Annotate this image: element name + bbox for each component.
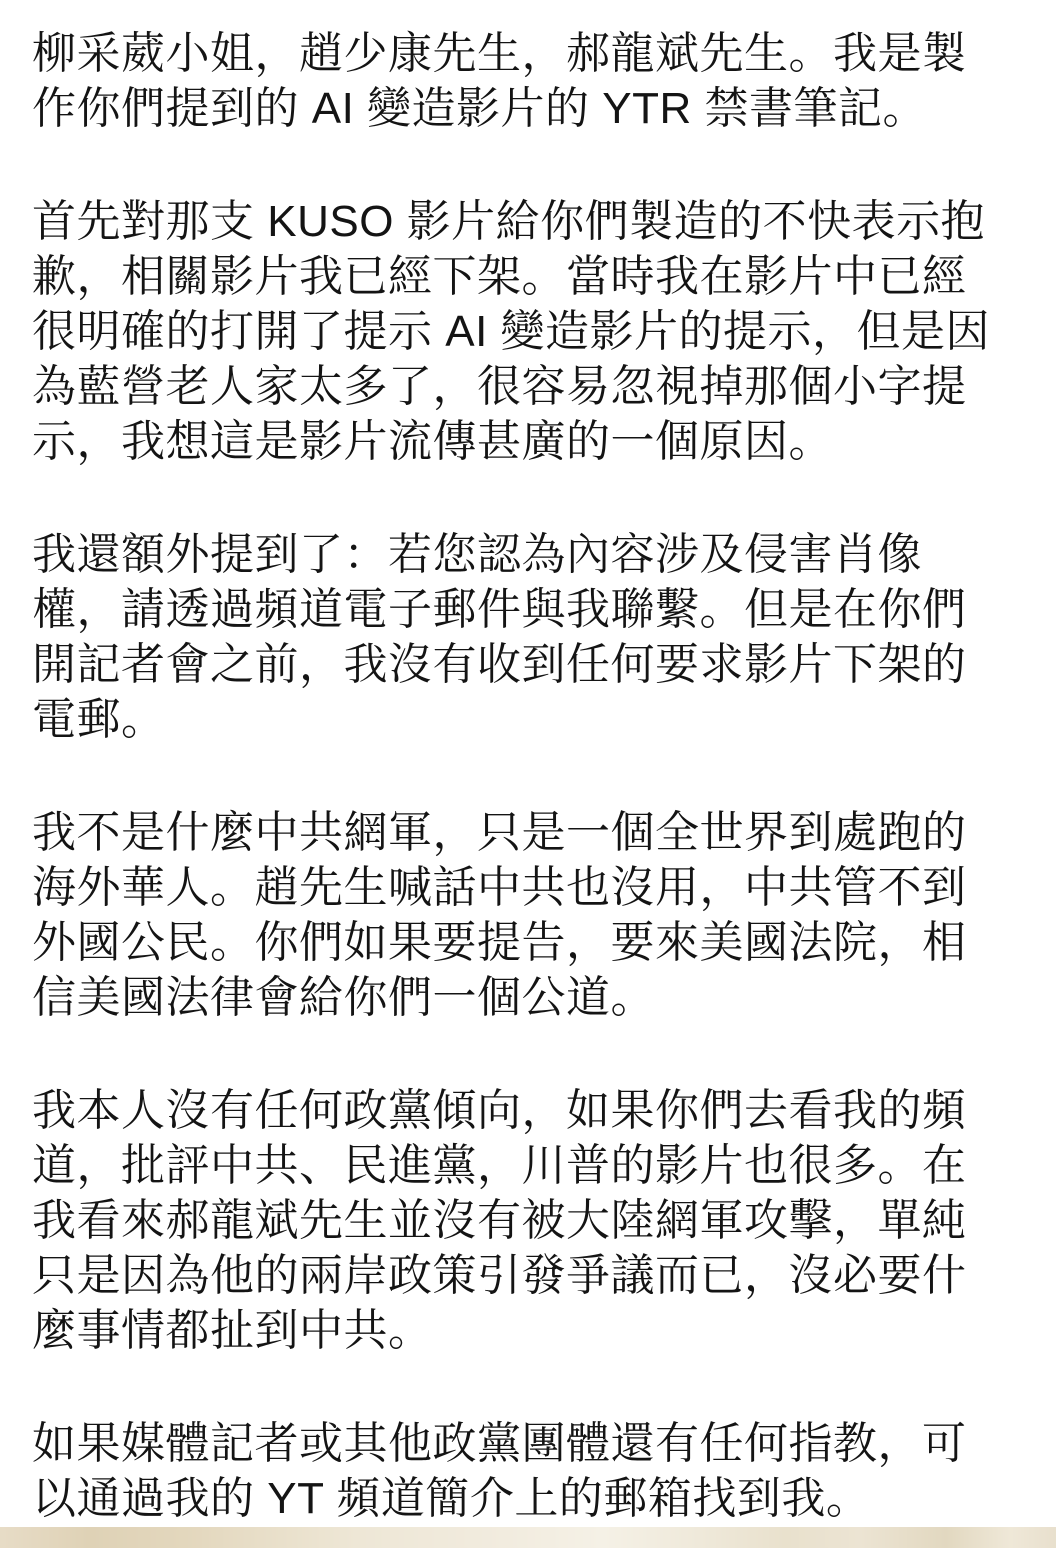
paragraph-greeting: 柳采葳小姐，趙少康先生，郝龍斌先生。我是製作你們提到的 AI 變造影片的 YTR… bbox=[32, 26, 1002, 136]
paragraph-closing: 如果媒體記者或其他政黨團體還有任何指教，可以通過我的 YT 頻道簡介上的郵箱找到… bbox=[32, 1416, 1002, 1526]
note-page: 柳采葳小姐，趙少康先生，郝龍斌先生。我是製作你們提到的 AI 變造影片的 YTR… bbox=[0, 0, 1056, 1548]
bottom-photo-edge bbox=[0, 1527, 1056, 1548]
paragraph-apology: 首先對那支 KUSO 影片給你們製造的不快表示抱歉，相關影片我已經下架。當時我在… bbox=[32, 194, 1002, 469]
paragraph-identity: 我不是什麼中共網軍，只是一個全世界到處跑的海外華人。趙先生喊話中共也沒用，中共管… bbox=[32, 805, 1002, 1025]
paragraph-political-stance: 我本人沒有任何政黨傾向，如果你們去看我的頻道，批評中共、民進黨，川普的影片也很多… bbox=[32, 1083, 1002, 1358]
note-body: 柳采葳小姐，趙少康先生，郝龍斌先生。我是製作你們提到的 AI 變造影片的 YTR… bbox=[0, 0, 1034, 1526]
paragraph-contact-notice: 我還額外提到了：若您認為內容涉及侵害肖像權，請透過頻道電子郵件與我聯繫。但是在你… bbox=[32, 527, 1002, 747]
bottom-photo-edge-fill bbox=[0, 1527, 1056, 1548]
